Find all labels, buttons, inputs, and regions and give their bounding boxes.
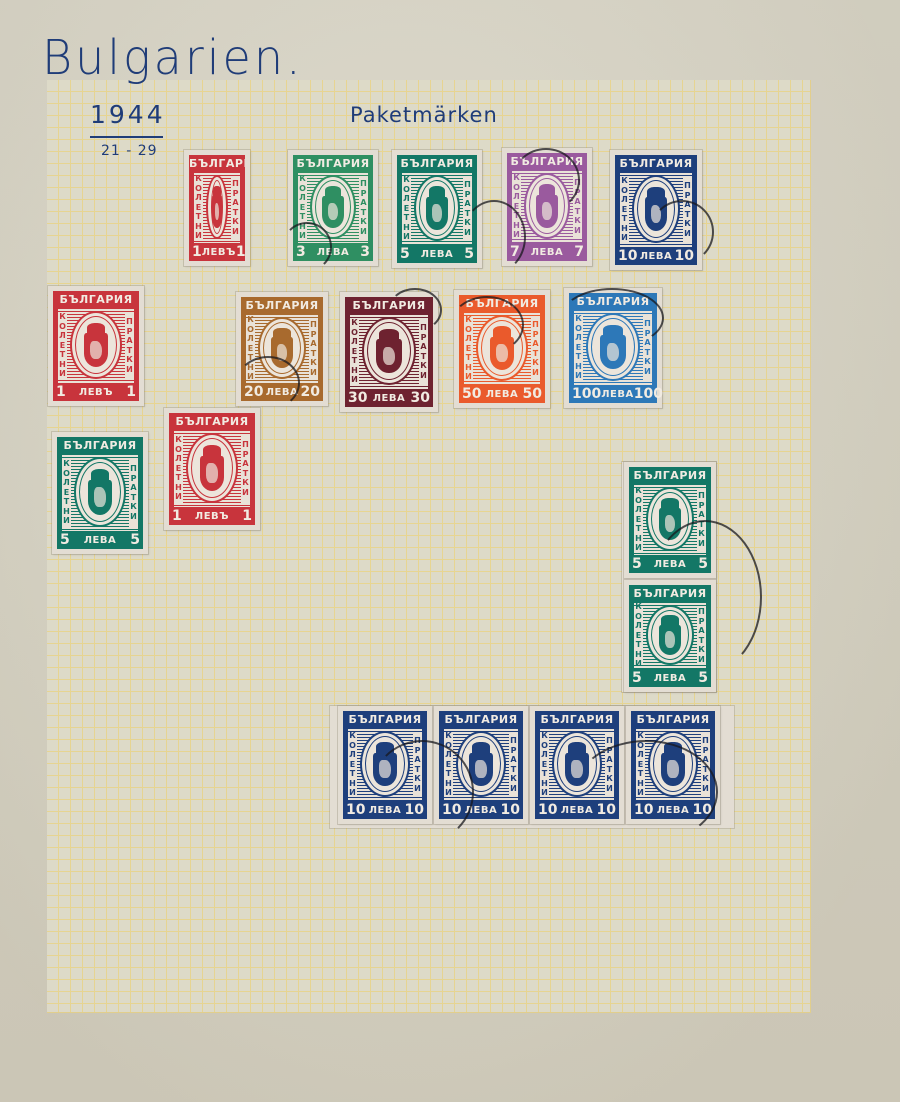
stamp-r2-4: БЪЛГАРИЯ КОЛЕТНИ ПРАТКИ 50ЛЕВА50 (454, 290, 550, 408)
coat-of-arms-icon (658, 498, 683, 540)
stamp-side-left: КОЛЕТНИ (174, 434, 183, 503)
stamp-side-right: ПРАТКИ (697, 488, 706, 551)
stamp-oval (74, 457, 126, 527)
stamp-side-right: ПРАТКИ (701, 732, 710, 797)
stamp-oval (258, 317, 306, 379)
stamp-value: 100ЛЕВА100 (569, 385, 657, 403)
stamp-side-right: ПРАТКИ (509, 732, 518, 797)
stamp-pair-1: БЪЛГАРИЯ КОЛЕТНИ ПРАТКИ 5ЛЕВА5 (624, 462, 716, 578)
stamp-frame: БЪЛГАРИЯ КОЛЕТНИ ПРАТКИ 5ЛЕВА5 (629, 585, 711, 687)
coat-of-arms-icon (425, 186, 449, 229)
stamp-side-right: ПРАТКИ (129, 458, 138, 527)
stamp-country: БЪЛГАРИЯ (629, 585, 711, 602)
stamp-country: БЪЛГАРИЯ (631, 711, 715, 728)
stamp-side-right: ПРАТКИ (309, 318, 318, 379)
stamp-value: 7ЛЕВА7 (507, 243, 587, 261)
coat-of-arms-icon (468, 742, 494, 785)
stamp-value: 10ЛЕВА10 (631, 801, 715, 819)
stamp-side-left: КОЛЕТНИ (62, 458, 71, 527)
stamp-oval (70, 311, 122, 379)
stamp-frame: БЪЛГАРИЯ КОЛЕТНИ ПРАТКИ 30ЛЕВА30 (345, 297, 433, 407)
coat-of-arms-icon (321, 186, 345, 228)
stamp-side-right: ПРАТКИ (683, 176, 692, 243)
stamp-frame: БЪЛГАРИЯ КОЛЕТНИ ПРАТКИ 10ЛЕВА10 (343, 711, 427, 819)
stamp-pair-2: БЪЛГАРИЯ КОЛЕТНИ ПРАТКИ 5ЛЕВА5 (624, 580, 716, 692)
stamp-strip-2: БЪЛГАРИЯ КОЛЕТНИ ПРАТКИ 10ЛЕВА10 (434, 706, 528, 824)
coat-of-arms-icon (564, 742, 590, 785)
stamp-oval (456, 731, 506, 797)
stamp-oval (586, 313, 640, 381)
stamp-country: БЪЛГАРИЯ (459, 295, 545, 312)
stamp-side-left: КОЛЕТНИ (348, 732, 357, 797)
stamp-oval (648, 731, 698, 797)
stamp-value: 10ЛЕВА10 (615, 247, 697, 265)
stamp-oval (414, 175, 460, 241)
stamp-r1-1: БЪЛГАРИЯ КОЛЕТНИ ПРАТКИ 1ЛЕВЪ1 (184, 150, 250, 266)
stamp-r1-4: БЪЛГАРИЯ КОЛЕТНИ ПРАТКИ 7ЛЕВА7 (502, 148, 592, 266)
coat-of-arms-icon (372, 742, 398, 785)
stamp-country: БЪЛГАРИЯ (189, 155, 245, 172)
stamp-strip-3: БЪЛГАРИЯ КОЛЕТНИ ПРАТКИ 10ЛЕВА10 (530, 706, 624, 824)
catalog-range: 21 - 29 (101, 143, 158, 159)
stamp-side-left: КОЛЕТНИ (402, 176, 411, 241)
stamp-country: БЪЛГАРИЯ (293, 155, 373, 172)
stamp-country: БЪЛГАРИЯ (535, 711, 619, 728)
stamp-frame: БЪЛГАРИЯ КОЛЕТНИ ПРАТКИ 7ЛЕВА7 (507, 153, 587, 261)
stamp-value: 10ЛЕВА10 (535, 801, 619, 819)
stamp-value: 5ЛЕВА5 (57, 531, 143, 549)
coat-of-arms-icon (658, 615, 683, 654)
stamp-side-left: КОЛЕТНИ (58, 312, 67, 379)
coat-of-arms-icon (83, 323, 110, 368)
stamp-oval (362, 317, 416, 385)
stamp-side-left: КОЛЕТНИ (574, 314, 583, 381)
stamp-frame: БЪЛГАРИЯ КОЛЕТНИ ПРАТКИ 50ЛЕВА50 (459, 295, 545, 403)
stamp-value: 50ЛЕВА50 (459, 385, 545, 403)
stamp-strip-1: БЪЛГАРИЯ КОЛЕТНИ ПРАТКИ 10ЛЕВА10 (338, 706, 432, 824)
stamp-country: БЪЛГАРИЯ (343, 711, 427, 728)
stamp-frame: БЪЛГАРИЯ КОЛЕТНИ ПРАТКИ 100ЛЕВА100 (569, 293, 657, 403)
coat-of-arms-icon (489, 326, 516, 369)
stamp-oval (206, 175, 228, 239)
stamp-r1-3: БЪЛГАРИЯ КОЛЕТНИ ПРАТКИ 5ЛЕВА5 (392, 150, 482, 268)
stamp-r3-1: БЪЛГАРИЯ КОЛЕТНИ ПРАТКИ 5ЛЕВА5 (52, 432, 148, 554)
stamp-side-right: ПРАТКИ (241, 434, 250, 503)
stamp-strip-4: БЪЛГАРИЯ КОЛЕТНИ ПРАТКИ 10ЛЕВА10 (626, 706, 720, 824)
stamp-value: 30ЛЕВА30 (345, 389, 433, 407)
coat-of-arms-icon (644, 187, 669, 232)
stamp-country: БЪЛГАРИЯ (57, 437, 143, 454)
stamp-value: 5ЛЕВА5 (397, 245, 477, 263)
stamp-value: 10ЛЕВА10 (343, 801, 427, 819)
stamp-r2-2: БЪЛГАРИЯ КОЛЕТНИ ПРАТКИ 20ЛЕВА20 (236, 292, 328, 406)
stamp-oval (186, 433, 238, 503)
stamp-side-right: ПРАТКИ (697, 606, 706, 665)
stamp-oval (552, 731, 602, 797)
stamp-r2-3: БЪЛГАРИЯ КОЛЕТНИ ПРАТКИ 30ЛЕВА30 (340, 292, 438, 412)
stamp-r3-2: БЪЛГАРИЯ КОЛЕТНИ ПРАТКИ 1ЛЕВЪ1 (164, 408, 260, 530)
stamp-r2-1: БЪЛГАРИЯ КОЛЕТНИ ПРАТКИ 1ЛЕВЪ1 (48, 286, 144, 406)
stamp-side-left: КОЛЕТНИ (636, 732, 645, 797)
stamp-side-right: ПРАТКИ (605, 732, 614, 797)
stamp-side-left: КОЛЕТНИ (444, 732, 453, 797)
stamp-country: БЪЛГАРИЯ (629, 467, 711, 484)
stamp-side-right: ПРАТКИ (531, 316, 540, 381)
stamp-frame: БЪЛГАРИЯ КОЛЕТНИ ПРАТКИ 10ЛЕВА10 (535, 711, 619, 819)
stamp-value: 5ЛЕВА5 (629, 555, 711, 573)
coat-of-arms-icon (375, 329, 403, 374)
stamp-side-right: ПРАТКИ (419, 318, 428, 385)
year-underline (90, 136, 163, 138)
coat-of-arms-icon (660, 742, 686, 785)
coat-of-arms-icon (212, 186, 222, 228)
stamp-value: 5ЛЕВА5 (629, 669, 711, 687)
stamp-side-left: КОЛЕТНИ (512, 174, 521, 239)
stamp-r1-2: БЪЛГАРИЯ КОЛЕТНИ ПРАТКИ 3ЛЕВА3 (288, 150, 378, 266)
stamp-country: БЪЛГАРИЯ (53, 291, 139, 308)
stamp-value: 1ЛЕВЪ1 (53, 383, 139, 401)
stamp-country: БЪЛГАРИЯ (569, 293, 657, 310)
stamp-oval (524, 173, 570, 239)
stamp-oval (310, 175, 356, 239)
stamp-side-right: ПРАТКИ (413, 732, 422, 797)
stamp-frame: БЪЛГАРИЯ КОЛЕТНИ ПРАТКИ 1ЛЕВЪ1 (53, 291, 139, 401)
issue-year: 1944 (90, 100, 166, 129)
stamp-side-right: ПРАТКИ (463, 176, 472, 241)
stamp-frame: БЪЛГАРИЯ КОЛЕТНИ ПРАТКИ 10ЛЕВА10 (439, 711, 523, 819)
stamp-value: 3ЛЕВА3 (293, 243, 373, 261)
stamp-value: 20ЛЕВА20 (241, 383, 323, 401)
stamp-side-right: ПРАТКИ (359, 176, 368, 239)
stamp-country: БЪЛГАРИЯ (507, 153, 587, 170)
stamp-frame: БЪЛГАРИЯ КОЛЕТНИ ПРАТКИ 5ЛЕВА5 (57, 437, 143, 549)
stamp-side-left: КОЛЕТНИ (350, 318, 359, 385)
stamp-frame: БЪЛГАРИЯ КОЛЕТНИ ПРАТКИ 1ЛЕВЪ1 (169, 413, 255, 525)
stamp-frame: БЪЛГАРИЯ КОЛЕТНИ ПРАТКИ 5ЛЕВА5 (397, 155, 477, 263)
stamp-frame: БЪЛГАРИЯ КОЛЕТНИ ПРАТКИ 10ЛЕВА10 (615, 155, 697, 265)
stamp-value: 10ЛЕВА10 (439, 801, 523, 819)
stamp-side-left: КОЛЕТНИ (634, 488, 643, 551)
coat-of-arms-icon (535, 184, 559, 227)
stamp-oval (632, 175, 680, 243)
stamp-side-left: КОЛЕТНИ (620, 176, 629, 243)
stamp-side-right: ПРАТКИ (573, 174, 582, 239)
stamp-side-left: КОЛЕТНИ (298, 176, 307, 239)
stamp-country: БЪЛГАРИЯ (397, 155, 477, 172)
stamp-side-left: КОЛЕТНИ (540, 732, 549, 797)
stamp-frame: БЪЛГАРИЯ КОЛЕТНИ ПРАТКИ 1ЛЕВЪ1 (189, 155, 245, 261)
stamp-value: 1ЛЕВЪ1 (189, 243, 245, 261)
stamp-oval (646, 487, 694, 551)
stamp-side-left: КОЛЕТНИ (634, 606, 643, 665)
stamp-side-left: КОЛЕТНИ (194, 176, 203, 239)
stamp-country: БЪЛГАРИЯ (615, 155, 697, 172)
stamp-side-right: ПРАТКИ (125, 312, 134, 379)
stamp-oval (476, 315, 528, 381)
stamp-oval (360, 731, 410, 797)
stamp-country: БЪЛГАРИЯ (439, 711, 523, 728)
stamp-frame: БЪЛГАРИЯ КОЛЕТНИ ПРАТКИ 3ЛЕВА3 (293, 155, 373, 261)
coat-of-arms-icon (270, 328, 295, 369)
stamp-side-right: ПРАТКИ (231, 176, 240, 239)
stamp-frame: БЪЛГАРИЯ КОЛЕТНИ ПРАТКИ 5ЛЕВА5 (629, 467, 711, 573)
stamp-frame: БЪЛГАРИЯ КОЛЕТНИ ПРАТКИ 10ЛЕВА10 (631, 711, 715, 819)
stamp-r1-5: БЪЛГАРИЯ КОЛЕТНИ ПРАТКИ 10ЛЕВА10 (610, 150, 702, 270)
coat-of-arms-icon (87, 469, 114, 515)
stamp-country: БЪЛГАРИЯ (241, 297, 323, 314)
page-title: Bulgarien. (42, 29, 304, 86)
stamp-side-right: ПРАТКИ (643, 314, 652, 381)
coat-of-arms-icon (599, 325, 627, 370)
stamp-side-left: КОЛЕТНИ (246, 318, 255, 379)
stamp-value: 1ЛЕВЪ1 (169, 507, 255, 525)
stamp-side-left: КОЛЕТНИ (464, 316, 473, 381)
stamp-country: БЪЛГАРИЯ (345, 297, 433, 314)
section-subtitle: Paketmärken (350, 103, 498, 127)
stamp-country: БЪЛГАРИЯ (169, 413, 255, 430)
stamp-frame: БЪЛГАРИЯ КОЛЕТНИ ПРАТКИ 20ЛЕВА20 (241, 297, 323, 401)
stamp-r2-5: БЪЛГАРИЯ КОЛЕТНИ ПРАТКИ 100ЛЕВА100 (564, 288, 662, 408)
stamp-oval (646, 605, 694, 665)
coat-of-arms-icon (199, 445, 226, 491)
